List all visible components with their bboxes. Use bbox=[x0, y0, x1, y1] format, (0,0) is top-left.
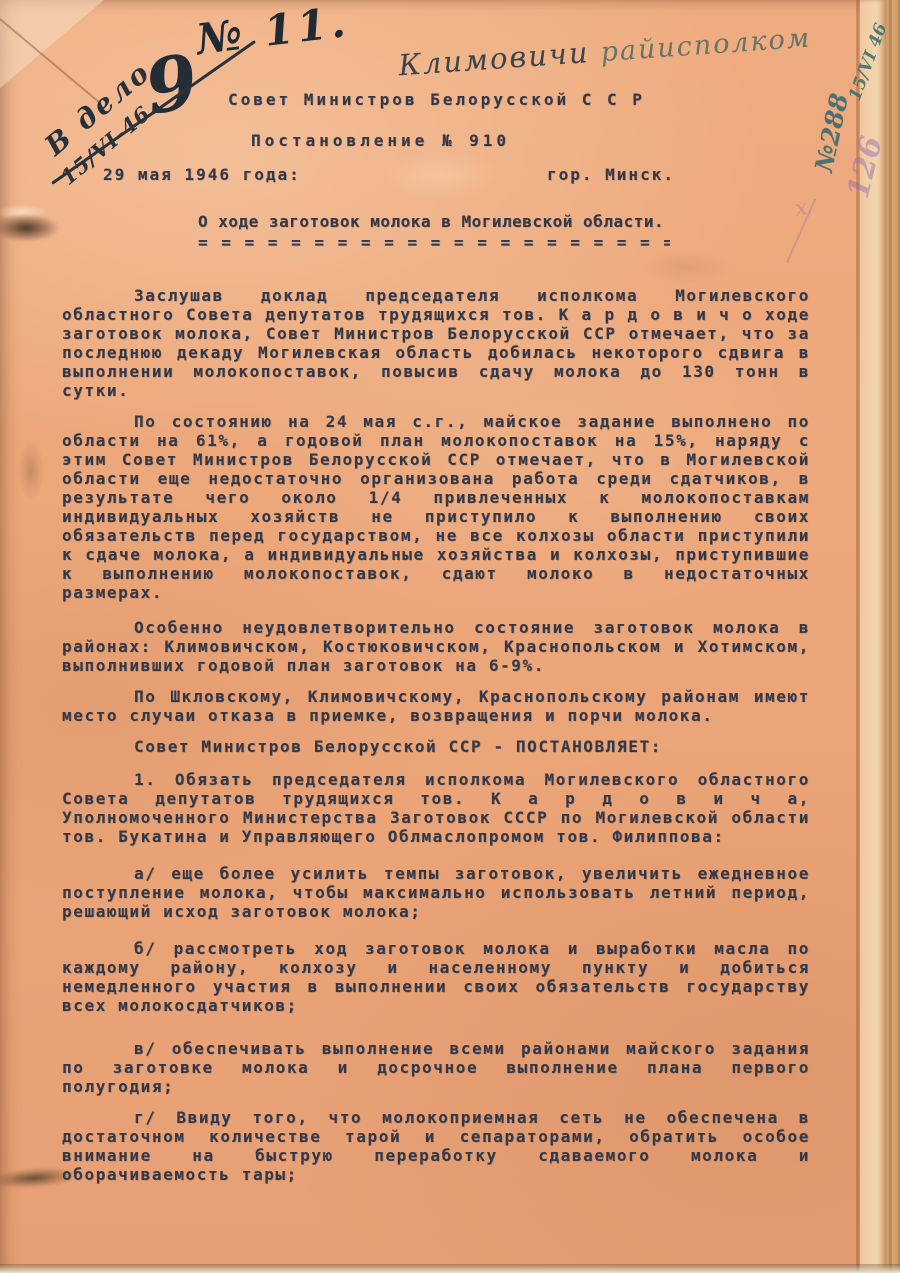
document-title: О ходе заготовок молока в Могилевской об… bbox=[198, 212, 664, 231]
issuing-authority: Совет Министров Белорусской С С Р bbox=[228, 90, 645, 109]
paragraph-subitem-b: б/ рассмотреть ход заготовок молока и вы… bbox=[62, 939, 810, 1015]
title-underline: = = = = = = = = = = = = = = = = = = = = … bbox=[198, 233, 670, 252]
paragraph-subitem-a: а/ еще более усилить темпы заготовок, ув… bbox=[62, 864, 810, 921]
paragraph-item-1: 1. Обязать председателя исполкома Могиле… bbox=[62, 770, 810, 846]
document-date: 29 мая 1946 года: bbox=[103, 165, 301, 184]
document-city: гор. Минск. bbox=[547, 165, 675, 184]
paragraph-resolution-heading: Совет Министров Белорусской ССР - ПОСТАН… bbox=[62, 737, 810, 756]
document-page: Совет Министров Белорусской С С Р Постан… bbox=[0, 0, 900, 1273]
paragraph-preamble-2: По состоянию на 24 мая с.г., майское зад… bbox=[62, 412, 810, 602]
paragraph-subitem-v: в/ обеспечивать выполнение всеми районам… bbox=[62, 1039, 810, 1096]
typed-content: Совет Министров Белорусской С С Р Постан… bbox=[0, 0, 900, 1273]
paragraph-preamble-4: По Шкловскому, Климовичскому, Краснополь… bbox=[62, 687, 810, 725]
paragraph-preamble-3: Особенно неудовлетворительно состояние з… bbox=[62, 618, 810, 675]
document-number: Постановление № 910 bbox=[251, 131, 510, 150]
paragraph-subitem-g: г/ Ввиду того, что молокоприемная сеть н… bbox=[62, 1108, 810, 1184]
paragraph-preamble-1: Заслушав доклад председателя исполкома М… bbox=[62, 286, 810, 400]
document-body: Заслушав доклад председателя исполкома М… bbox=[62, 286, 810, 1196]
